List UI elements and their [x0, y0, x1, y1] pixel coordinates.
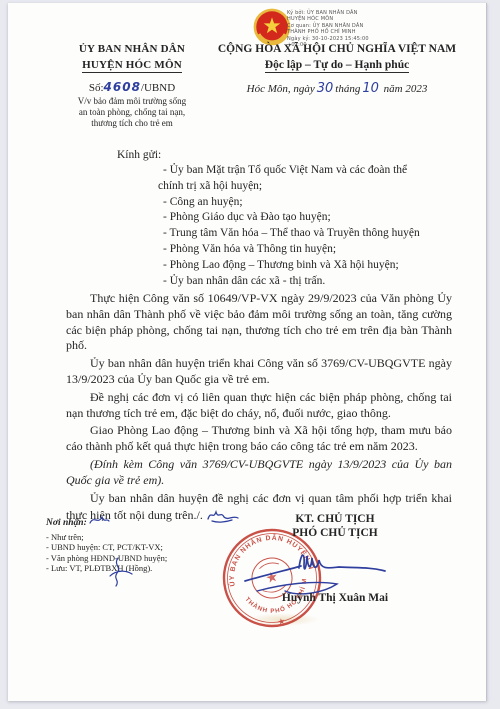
recipient-item: - Công an huyện;	[158, 195, 458, 211]
recipient-item: - Phòng Văn hóa và Thông tin huyện;	[158, 242, 458, 258]
dateline: Hóc Môn, ngày30tháng10 năm 2023	[196, 81, 478, 96]
body-paragraph: Thực hiện Công văn số 10649/VP-VX ngày 2…	[66, 291, 452, 354]
clerk-initials-icon	[102, 556, 136, 590]
body-paragraph: Ủy ban nhân dân huyện triển khai Công vă…	[66, 356, 452, 388]
recipient-item: - Phòng Giáo dục và Đào tạo huyện;	[158, 210, 458, 226]
national-motto: Độc lập – Tự do – Hạnh phúc	[265, 59, 409, 73]
handwritten-check-icon	[88, 513, 110, 527]
date-month-handwritten: 10	[362, 81, 379, 96]
doc-no-suffix: /UBND	[141, 82, 175, 94]
body-paragraph: Giao Phòng Lao động – Thương binh và Xã …	[66, 423, 452, 455]
national-header-block: CỘNG HÒA XÃ HỘI CHỦ NGHĨA VIỆT NAM Độc l…	[196, 43, 478, 96]
issuer-org-name: HUYỆN HÓC MÔN	[82, 59, 182, 73]
date-day-handwritten: 30	[317, 81, 334, 96]
body-paragraph: Đề nghị các đơn vị có liên quan thực hiệ…	[66, 390, 452, 422]
signer-title: KT. CHỦ TỊCH PHÓ CHỦ TỊCH	[230, 512, 440, 540]
recipient-item: - Trung tâm Văn hóa – Thể thao và Truyền…	[158, 226, 458, 242]
noi-nhan-label: Nơi nhận:	[46, 518, 87, 528]
recipient-item: - Ủy ban nhân dân các xã - thị trấn.	[158, 274, 458, 290]
national-title: CỘNG HÒA XÃ HỘI CHỦ NGHĨA VIỆT NAM	[196, 43, 478, 55]
document-body: Thực hiện Công văn số 10649/VP-VX ngày 2…	[66, 291, 452, 526]
document-subject: V/v bảo đảm môi trường sống an toàn phòn…	[36, 96, 228, 129]
doc-no-label: Số:	[89, 82, 104, 94]
recipients-label: Kính gửi:	[117, 149, 161, 161]
handwritten-signature	[241, 543, 401, 599]
recipient-item: - Ủy ban Mặt trận Tổ quốc Việt Nam và cá…	[158, 163, 426, 195]
seal-bottom-star: ★	[277, 616, 286, 626]
scanned-document-page: Ký bởi: ỦY BAN NHÂN DÂN HUYỆN HÓC MÔN Cơ…	[8, 3, 487, 701]
body-paragraph-attachment-note: (Đính kèm Công văn 3769/CV-UBQGVTE ngày …	[66, 457, 452, 489]
signer-name: Huỳnh Thị Xuân Mai	[230, 592, 440, 604]
recipient-item: - Phòng Lao động – Thương binh và Xã hội…	[158, 258, 458, 274]
recipients-list: - Ủy ban Mặt trận Tổ quốc Việt Nam và cá…	[158, 163, 458, 289]
doc-no-handwritten: 4608	[104, 80, 141, 94]
